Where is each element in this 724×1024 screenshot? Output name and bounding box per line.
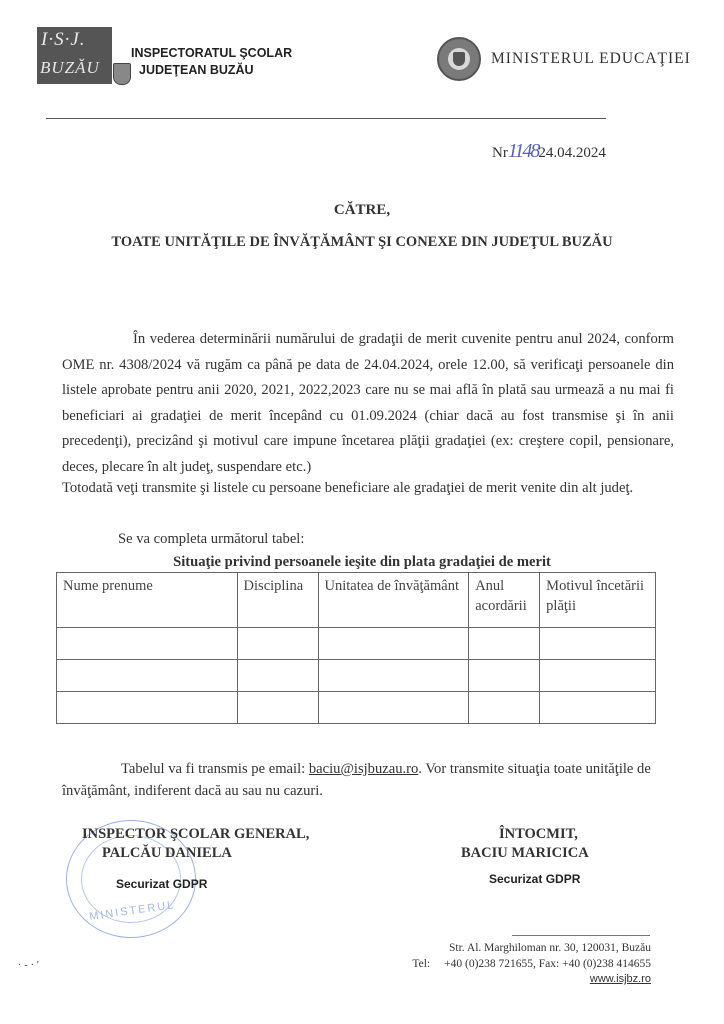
- footer-phone-line: Tel:+40 (0)238 721655, Fax: +40 (0)238 4…: [412, 957, 651, 973]
- addressee-label: CĂTRE,: [0, 202, 724, 219]
- table-cell: [469, 692, 540, 724]
- table-cell: [469, 660, 540, 692]
- scan-artifact: ·-·': [18, 960, 42, 971]
- table-row: [57, 660, 656, 692]
- body-paragraph-2: Totodată veţi transmite şi listele cu pe…: [62, 480, 633, 497]
- email-paragraph-prefix: Tabelul va fi transmis pe email:: [121, 761, 309, 777]
- ministry-name: MINISTERUL EDUCAŢIEI: [491, 50, 691, 68]
- table-cell: [318, 628, 469, 660]
- signatory-right-redaction: Securizat GDPR: [489, 872, 580, 886]
- guvernul-romaniei-seal-icon: [437, 37, 481, 81]
- institution-name: INSPECTORATUL ŞCOLAR JUDEŢEAN BUZĂU: [131, 45, 292, 79]
- eagle-icon: [453, 52, 465, 66]
- signatory-right-name: BACIU MARICICA: [461, 845, 589, 862]
- institution-line2: JUDEŢEAN BUZĂU: [131, 62, 292, 79]
- signatory-left-redaction: Securizat GDPR: [116, 877, 207, 891]
- paragraph-1-text: În vederea determinării numărului de gra…: [62, 331, 674, 475]
- table-cell: [540, 660, 656, 692]
- merit-grading-table: Nume prenume Disciplina Unitatea de învă…: [56, 572, 656, 724]
- tel-fax-numbers: +40 (0)238 721655, Fax: +40 (0)238 41465…: [444, 958, 651, 970]
- institution-line1: INSPECTORATUL ŞCOLAR: [131, 45, 292, 62]
- table-cell: [57, 660, 238, 692]
- table-cell: [237, 628, 318, 660]
- table-row: [57, 628, 656, 660]
- column-header: Anul acordării: [469, 573, 540, 628]
- table-cell: [540, 628, 656, 660]
- body-paragraph-1: În vederea determinării numărului de gra…: [62, 327, 674, 480]
- column-header: Unitatea de învăţământ: [318, 573, 469, 628]
- table-cell: [57, 628, 238, 660]
- reference-date: 24.04.2024: [538, 145, 606, 161]
- table-cell: [237, 660, 318, 692]
- column-header: Motivul încetării plăţii: [540, 573, 656, 628]
- signatory-right-role: ÎNTOCMIT,: [499, 826, 578, 843]
- column-header: Disciplina: [237, 573, 318, 628]
- table-cell: [237, 692, 318, 724]
- table-cell: [57, 692, 238, 724]
- logo-line2: BUZĂU: [40, 58, 100, 78]
- website-link[interactable]: www.isjbz.ro: [590, 973, 651, 985]
- county-crest-icon: [113, 63, 131, 85]
- table-cell: [540, 692, 656, 724]
- tel-label: Tel:: [412, 958, 444, 970]
- nr-label: Nr: [492, 145, 508, 161]
- isj-buzau-logo-icon: I·S·J. BUZĂU: [37, 27, 112, 84]
- email-paragraph: Tabelul va fi transmis pe email: baciu@i…: [62, 758, 674, 802]
- handwritten-registration-number: 1148: [508, 140, 539, 162]
- table-intro: Se va completa următorul tabel:: [118, 531, 304, 548]
- table-row: [57, 692, 656, 724]
- table-cell: [469, 628, 540, 660]
- addressee-recipients: TOATE UNITĂŢILE DE ÎNVĂŢĂMÂNT ŞI CONEXE …: [0, 234, 724, 251]
- registration-reference: Nr114824.04.2024: [492, 140, 606, 163]
- footer-divider: [512, 935, 650, 936]
- table-header-row: Nume prenume Disciplina Unitatea de învă…: [57, 573, 656, 628]
- header-divider: [46, 118, 606, 119]
- footer-address: Str. Al. Marghiloman nr. 30, 120031, Buz…: [412, 941, 651, 957]
- signatory-left-role: INSPECTOR ŞCOLAR GENERAL,: [82, 826, 309, 843]
- email-link[interactable]: baciu@isjbuzau.ro: [309, 761, 418, 777]
- logo-line1: I·S·J.: [41, 29, 86, 51]
- column-header: Nume prenume: [57, 573, 238, 628]
- footer-contact: Str. Al. Marghiloman nr. 30, 120031, Buz…: [412, 941, 651, 988]
- signatory-left-name: PALCĂU DANIELA: [102, 845, 232, 862]
- table-cell: [318, 692, 469, 724]
- table-caption: Situaţie privind persoanele ieşite din p…: [0, 554, 724, 571]
- table-cell: [318, 660, 469, 692]
